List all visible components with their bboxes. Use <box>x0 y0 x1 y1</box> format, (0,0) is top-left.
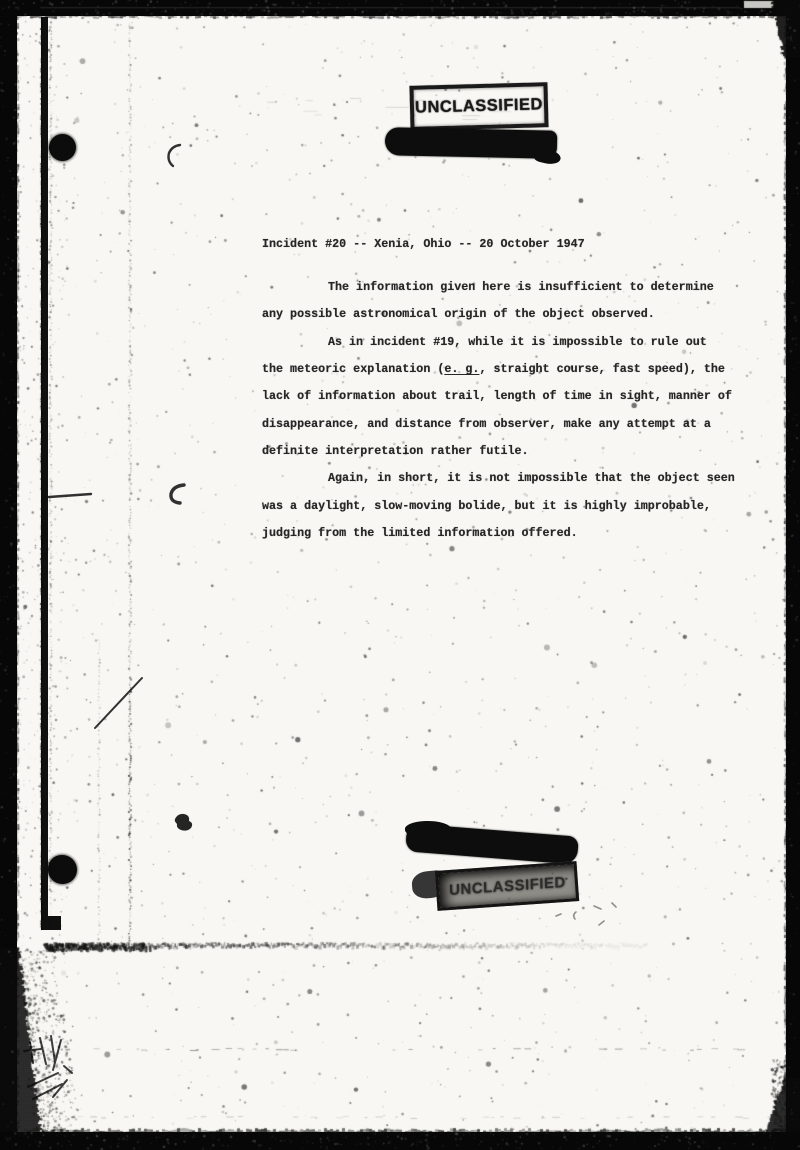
binder-edge-line <box>41 17 48 929</box>
punch-hole-top <box>49 134 76 161</box>
typed-line: As in incident #19, while it is impossib… <box>262 329 735 356</box>
binder-edge-foot <box>41 916 61 930</box>
typed-line: definite interpretation rather futile. <box>262 438 735 465</box>
typed-line: the meteoric explanation (e. g., straigh… <box>262 356 735 383</box>
redaction-bar-top <box>385 127 558 159</box>
typed-line: disappearance, and distance from observe… <box>262 411 735 438</box>
typed-line: any possible astronomical origin of the … <box>262 301 735 328</box>
document-heading: Incident #20 -- Xenia, Ohio -- 20 Octobe… <box>262 237 585 251</box>
paper-sheet <box>17 16 786 1132</box>
typed-line: was a daylight, slow-moving bolide, but … <box>262 493 735 520</box>
typed-line: Again, in short, it is not impossible th… <box>262 465 735 492</box>
unclassified-stamp-top-label: UNCLASSIFIED <box>415 95 543 117</box>
scanned-document: UNCLASSIFIED Incident #20 -- Xenia, Ohio… <box>0 0 800 1150</box>
document-body: The information given here is insufficie… <box>262 274 735 547</box>
unclassified-stamp-bottom-label: UNCLASSIFIED <box>449 873 566 898</box>
unclassified-stamp-top: UNCLASSIFIED <box>409 82 548 131</box>
typed-line: judging from the limited information off… <box>262 520 735 547</box>
punch-hole-bottom <box>48 855 77 884</box>
typed-line: lack of information about trail, length … <box>262 383 735 410</box>
typed-line: The information given here is insufficie… <box>262 274 735 301</box>
